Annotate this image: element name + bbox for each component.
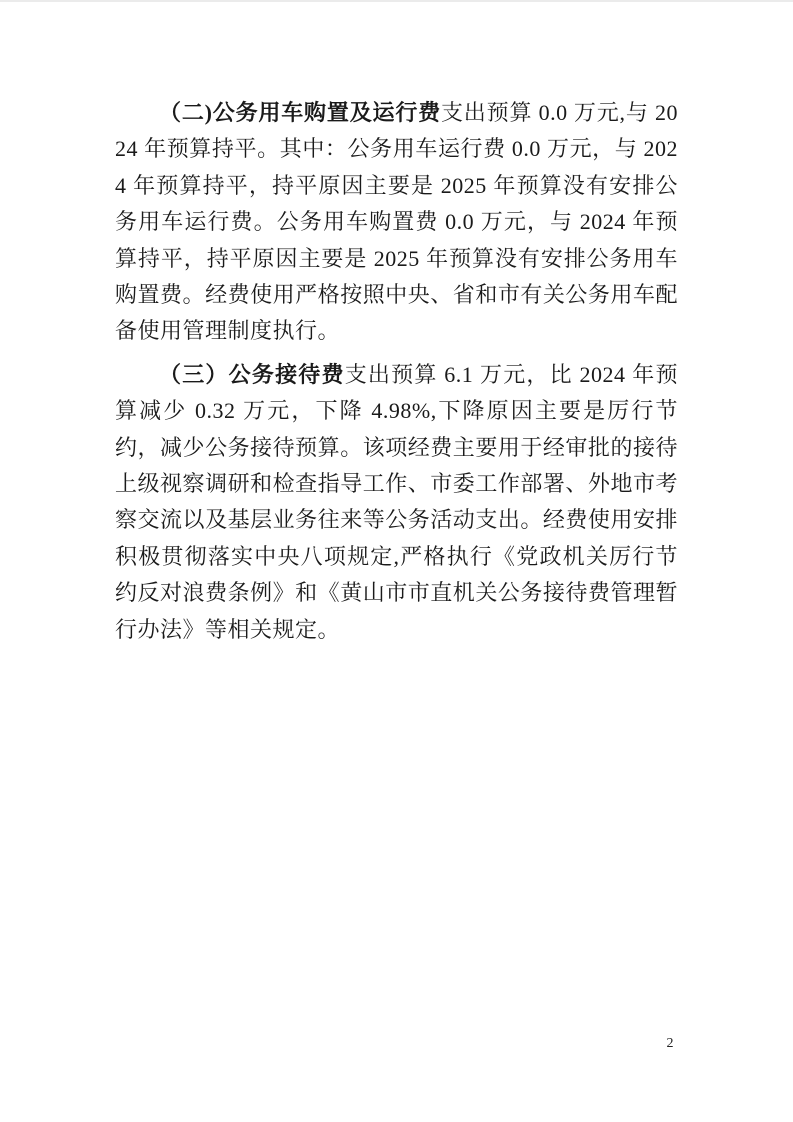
paragraph-heading-vehicle: （二)公务用车购置及运行费 [159,100,441,125]
document-body: （二)公务用车购置及运行费支出预算 0.0 万元,与 2024 年预算持平。其中… [115,95,678,648]
paragraph-vehicle-purchase-operation-expense: （二)公务用车购置及运行费支出预算 0.0 万元,与 2024 年预算持平。其中… [115,95,678,350]
paragraph-text-reception: 支出预算 6.1 万元，比 2024 年预算减少 0.32 万元，下降 4.98… [115,362,678,642]
paragraph-text-vehicle: 支出预算 0.0 万元,与 2024 年预算持平。其中：公务用车运行费 0.0 … [115,100,678,343]
paragraph-heading-reception: （三）公务接待费 [159,362,345,387]
page-top-edge [0,0,793,2]
page-number: 2 [640,1035,700,1053]
paragraph-official-reception-expense: （三）公务接待费支出预算 6.1 万元，比 2024 年预算减少 0.32 万元… [115,357,678,648]
document-page: （二)公务用车购置及运行费支出预算 0.0 万元,与 2024 年预算持平。其中… [0,0,793,1122]
